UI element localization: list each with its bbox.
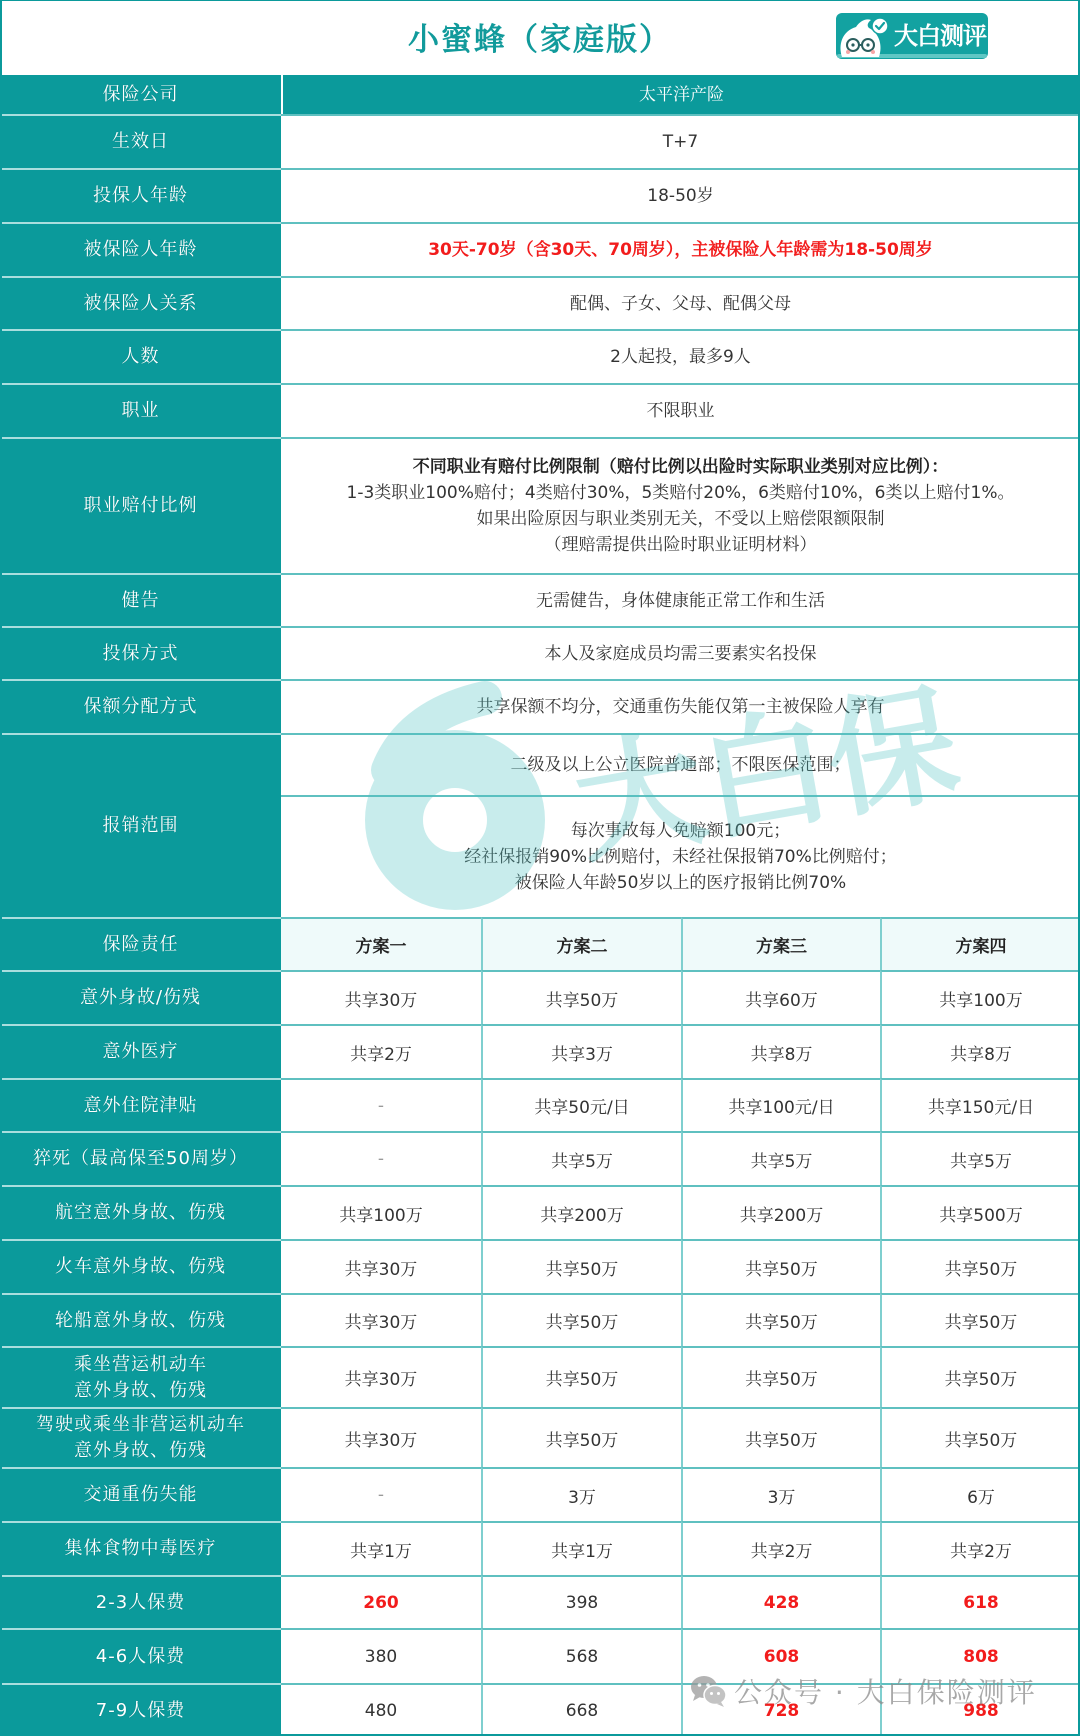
premium-cell: 668 — [481, 1683, 681, 1736]
row-label: 交通重伤失能 — [0, 1467, 281, 1521]
row-label: 7-9人保费 — [0, 1683, 281, 1736]
plan-header: 方案四 — [880, 917, 1080, 970]
premium-cell: 480 — [281, 1683, 481, 1736]
title-row: 小蜜蜂（家庭版） 大白测评 — [0, 0, 1080, 75]
coverage-row: 火车意外身故、伤残 共享30万 共享50万 共享50万 共享50万 — [0, 1239, 1080, 1293]
row-coverage-allocation: 保额分配方式 共享保额不均分，交通重伤失能仅第一主被保险人享有 — [0, 679, 1080, 733]
row-label: 被保险人年龄 — [0, 222, 281, 276]
coverage-row: 乘坐营运机动车 意外身故、伤残 共享30万 共享50万 共享50万 共享50万 — [0, 1346, 1080, 1407]
coverage-row: 意外医疗 共享2万 共享3万 共享8万 共享8万 — [0, 1024, 1080, 1078]
cell: 共享100元/日 — [681, 1078, 880, 1131]
row-cells: 260 398 428 618 — [281, 1575, 1080, 1628]
cell: 共享30万 — [281, 1239, 481, 1293]
row-cells: 共享30万 共享50万 共享50万 共享50万 — [281, 1407, 1080, 1467]
coverage-row: 猝死（最高保至50周岁） - 共享5万 共享5万 共享5万 — [0, 1131, 1080, 1185]
cell: 共享50万 — [880, 1407, 1080, 1467]
cell: 共享150元/日 — [880, 1078, 1080, 1131]
plan-headers: 方案一 方案二 方案三 方案四 — [281, 917, 1080, 970]
value-line: 如果出险原因与职业类别无关，不受以上赔偿限额限制 — [477, 506, 885, 532]
row-value: T+7 — [281, 114, 1080, 168]
row-insurer: 保险公司 太平洋产险 — [0, 75, 1080, 114]
cell: 共享50万 — [481, 970, 681, 1024]
row-health-notice: 健告 无需健告，身体健康能正常工作和生活 — [0, 573, 1080, 626]
row-cells: 共享30万 共享50万 共享50万 共享50万 — [281, 1239, 1080, 1293]
value-line: 经社保报销90%比例赔付，未经社保报销70%比例赔付； — [464, 844, 897, 870]
coverage-row: 轮船意外身故、伤残 共享30万 共享50万 共享50万 共享50万 — [0, 1293, 1080, 1346]
row-label: 意外住院津贴 — [0, 1078, 281, 1131]
value-section: 二级及以上公立医院普通部；不限医保范围； — [281, 733, 1080, 795]
row-label: 乘坐营运机动车 意外身故、伤残 — [0, 1346, 281, 1407]
label-line: 驾驶或乘坐非营运机动车 — [36, 1412, 245, 1438]
cell: 共享50万 — [681, 1407, 880, 1467]
row-enroll-method: 投保方式 本人及家庭成员均需三要素实名投保 — [0, 626, 1080, 679]
premium-cell: 260 — [281, 1575, 481, 1628]
premium-row: 4-6人保费 380 568 608 808 — [0, 1628, 1080, 1683]
cell: 共享50万 — [481, 1407, 681, 1467]
row-label: 2-3人保费 — [0, 1575, 281, 1628]
row-cells: 共享30万 共享50万 共享50万 共享50万 — [281, 1293, 1080, 1346]
cell: 共享2万 — [681, 1521, 880, 1575]
row-label: 保额分配方式 — [0, 679, 281, 733]
row-label: 轮船意外身故、伤残 — [0, 1293, 281, 1346]
premium-cell: 428 — [681, 1575, 880, 1628]
cell: 6万 — [880, 1467, 1080, 1521]
cell: 共享50万 — [481, 1293, 681, 1346]
row-label: 集体食物中毒医疗 — [0, 1521, 281, 1575]
row-label: 保险公司 — [0, 75, 281, 114]
cell: 共享30万 — [281, 970, 481, 1024]
cell: 共享8万 — [681, 1024, 880, 1078]
cell: 共享500万 — [880, 1185, 1080, 1239]
cell: 共享1万 — [281, 1521, 481, 1575]
row-label: 职业赔付比例 — [0, 437, 281, 573]
cell: 共享50万 — [481, 1239, 681, 1293]
cell: 共享200万 — [481, 1185, 681, 1239]
cell: 共享100万 — [281, 1185, 481, 1239]
premium-cell: 988 — [880, 1683, 1080, 1736]
row-value: 2人起投，最多9人 — [281, 329, 1080, 383]
logo-text: 大白测评 — [894, 20, 986, 52]
row-value: 无需健告，身体健康能正常工作和生活 — [281, 573, 1080, 626]
cell: - — [281, 1078, 481, 1131]
page-title: 小蜜蜂（家庭版） — [408, 14, 672, 59]
row-reimbursement-scope: 报销范围 二级及以上公立医院普通部；不限医保范围； 每次事故每人免赔额100元；… — [0, 733, 1080, 917]
value-line: 被保险人年龄50岁以上的医疗报销比例70% — [515, 870, 846, 896]
row-applicant-age: 投保人年龄 18-50岁 — [0, 168, 1080, 222]
cell: 共享1万 — [481, 1521, 681, 1575]
cell: 共享50万 — [681, 1346, 880, 1407]
row-label: 职业 — [0, 383, 281, 437]
row-value: 18-50岁 — [281, 168, 1080, 222]
row-value: 本人及家庭成员均需三要素实名投保 — [281, 626, 1080, 679]
cell: 共享30万 — [281, 1346, 481, 1407]
cell: 共享50元/日 — [481, 1078, 681, 1131]
row-effective-date: 生效日 T+7 — [0, 114, 1080, 168]
row-value: 不限职业 — [281, 383, 1080, 437]
cell: 共享200万 — [681, 1185, 880, 1239]
coverage-row: 驾驶或乘坐非营运机动车 意外身故、伤残 共享30万 共享50万 共享50万 共享… — [0, 1407, 1080, 1467]
cell: - — [281, 1131, 481, 1185]
row-cells: 共享2万 共享3万 共享8万 共享8万 — [281, 1024, 1080, 1078]
coverage-row: 集体食物中毒医疗 共享1万 共享1万 共享2万 共享2万 — [0, 1521, 1080, 1575]
cell: 共享60万 — [681, 970, 880, 1024]
row-label: 生效日 — [0, 114, 281, 168]
row-cells: - 3万 3万 6万 — [281, 1467, 1080, 1521]
row-cells: 共享30万 共享50万 共享50万 共享50万 — [281, 1346, 1080, 1407]
row-insured-relation: 被保险人关系 配偶、子女、父母、配偶父母 — [0, 276, 1080, 329]
row-value: 不同职业有赔付比例限制（赔付比例以出险时实际职业类别对应比例）： 1-3类职业1… — [281, 437, 1080, 573]
row-label: 健告 — [0, 573, 281, 626]
cell: 共享30万 — [281, 1293, 481, 1346]
cell: 共享50万 — [880, 1293, 1080, 1346]
cell: 共享50万 — [681, 1293, 880, 1346]
row-label: 投保方式 — [0, 626, 281, 679]
cell: 共享2万 — [281, 1024, 481, 1078]
label-line: 意外身故、伤残 — [74, 1378, 207, 1404]
plan-header: 方案二 — [481, 917, 681, 970]
value-line: 每次事故每人免赔额100元； — [571, 818, 790, 844]
row-label: 被保险人关系 — [0, 276, 281, 329]
cell: 共享50万 — [481, 1346, 681, 1407]
label-line: 乘坐营运机动车 — [74, 1352, 207, 1378]
value-section: 每次事故每人免赔额100元； 经社保报销90%比例赔付，未经社保报销70%比例赔… — [281, 795, 1080, 917]
row-cells: 480 668 728 988 — [281, 1683, 1080, 1736]
coverage-row: 意外身故/伤残 共享30万 共享50万 共享60万 共享100万 — [0, 970, 1080, 1024]
cell: 共享5万 — [481, 1131, 681, 1185]
row-cells: 共享30万 共享50万 共享60万 共享100万 — [281, 970, 1080, 1024]
row-cells: 共享100万 共享200万 共享200万 共享500万 — [281, 1185, 1080, 1239]
row-headcount: 人数 2人起投，最多9人 — [0, 329, 1080, 383]
row-label: 投保人年龄 — [0, 168, 281, 222]
premium-cell: 808 — [880, 1628, 1080, 1683]
row-label: 保险责任 — [0, 917, 281, 970]
row-insured-age: 被保险人年龄 30天-70岁（含30天、70周岁），主被保险人年龄需为18-50… — [0, 222, 1080, 276]
cell: - — [281, 1467, 481, 1521]
cell: 共享50万 — [880, 1346, 1080, 1407]
row-occupation-ratio: 职业赔付比例 不同职业有赔付比例限制（赔付比例以出险时实际职业类别对应比例）： … — [0, 437, 1080, 573]
row-value: 太平洋产险 — [281, 75, 1080, 114]
cell: 共享50万 — [880, 1239, 1080, 1293]
cell: 共享2万 — [880, 1521, 1080, 1575]
row-value-split: 二级及以上公立医院普通部；不限医保范围； 每次事故每人免赔额100元； 经社保报… — [281, 733, 1080, 917]
plan-header: 方案三 — [681, 917, 880, 970]
row-label: 报销范围 — [0, 733, 281, 917]
value-line: 二级及以上公立医院普通部；不限医保范围； — [511, 752, 851, 778]
cell: 3万 — [481, 1467, 681, 1521]
row-cells: - 共享50元/日 共享100元/日 共享150元/日 — [281, 1078, 1080, 1131]
coverage-row: 航空意外身故、伤残 共享100万 共享200万 共享200万 共享500万 — [0, 1185, 1080, 1239]
row-value: 配偶、子女、父母、配偶父母 — [281, 276, 1080, 329]
coverage-row: 意外住院津贴 - 共享50元/日 共享100元/日 共享150元/日 — [0, 1078, 1080, 1131]
row-label: 意外医疗 — [0, 1024, 281, 1078]
premium-cell: 568 — [481, 1628, 681, 1683]
cell: 共享5万 — [880, 1131, 1080, 1185]
value-line: 1-3类职业100%赔付；4类赔付30%，5类赔付20%，6类赔付10%，6类以… — [347, 480, 1015, 506]
cell: 3万 — [681, 1467, 880, 1521]
premium-row: 2-3人保费 260 398 428 618 — [0, 1575, 1080, 1628]
cell: 共享8万 — [880, 1024, 1080, 1078]
row-cells: - 共享5万 共享5万 共享5万 — [281, 1131, 1080, 1185]
row-label: 人数 — [0, 329, 281, 383]
comparison-sheet: 小蜜蜂（家庭版） 大白测评 保险公司 太平洋产险 生效日 T — [0, 0, 1080, 1736]
row-value: 30天-70岁（含30天、70周岁），主被保险人年龄需为18-50周岁 — [281, 222, 1080, 276]
label-line: 意外身故、伤残 — [74, 1438, 207, 1464]
row-value: 共享保额不均分，交通重伤失能仅第一主被保险人享有 — [281, 679, 1080, 733]
value-line: （理赔需提供出险时职业证明材料） — [545, 532, 817, 558]
row-label: 猝死（最高保至50周岁） — [0, 1131, 281, 1185]
premium-cell: 398 — [481, 1575, 681, 1628]
coverage-row: 交通重伤失能 - 3万 3万 6万 — [0, 1467, 1080, 1521]
premium-cell: 380 — [281, 1628, 481, 1683]
row-cells: 380 568 608 808 — [281, 1628, 1080, 1683]
row-occupation: 职业 不限职业 — [0, 383, 1080, 437]
brand-logo: 大白测评 — [836, 13, 988, 59]
cell: 共享3万 — [481, 1024, 681, 1078]
premium-cell: 728 — [681, 1683, 880, 1736]
cell: 共享100万 — [880, 970, 1080, 1024]
cell: 共享30万 — [281, 1407, 481, 1467]
row-plan-header: 保险责任 方案一 方案二 方案三 方案四 — [0, 917, 1080, 970]
row-label: 4-6人保费 — [0, 1628, 281, 1683]
premium-cell: 618 — [880, 1575, 1080, 1628]
cell: 共享50万 — [681, 1239, 880, 1293]
value-line: 不同职业有赔付比例限制（赔付比例以出险时实际职业类别对应比例）： — [413, 454, 949, 480]
row-label: 驾驶或乘坐非营运机动车 意外身故、伤残 — [0, 1407, 281, 1467]
row-label: 意外身故/伤残 — [0, 970, 281, 1024]
premium-cell: 608 — [681, 1628, 880, 1683]
premium-row: 7-9人保费 480 668 728 988 — [0, 1683, 1080, 1736]
row-cells: 共享1万 共享1万 共享2万 共享2万 — [281, 1521, 1080, 1575]
row-label: 火车意外身故、伤残 — [0, 1239, 281, 1293]
plan-header: 方案一 — [281, 917, 481, 970]
cell: 共享5万 — [681, 1131, 880, 1185]
row-label: 航空意外身故、伤残 — [0, 1185, 281, 1239]
